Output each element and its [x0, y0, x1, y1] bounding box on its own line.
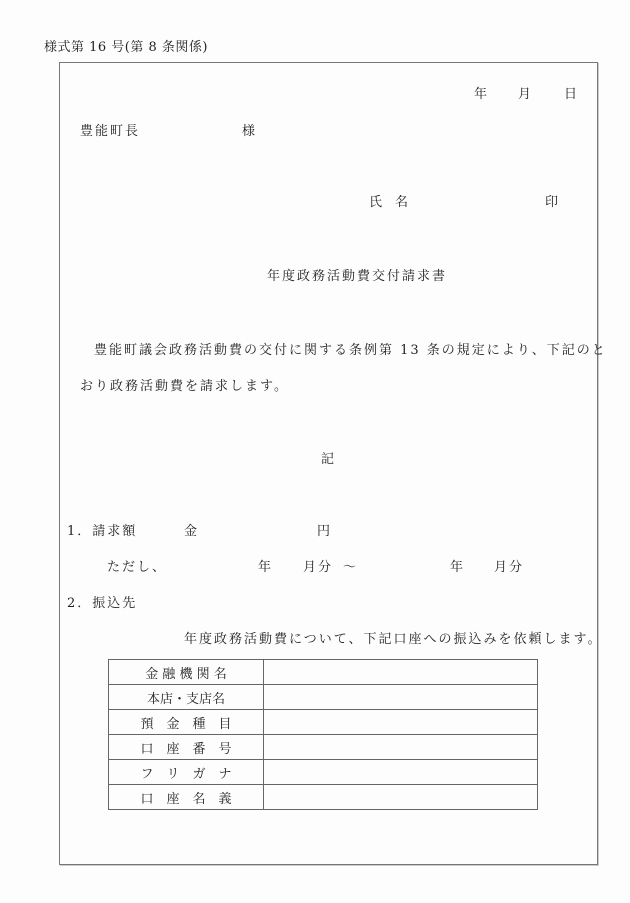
account-number-field[interactable] [264, 735, 538, 760]
bank-name-field[interactable] [264, 660, 538, 685]
item1-kin: 金 [184, 525, 197, 538]
date-year: 年 [474, 88, 487, 101]
body-line-1: 豊能町議会政務活動費の交付に関する条例第 13 条の規定により、下記のと [94, 344, 607, 357]
document-title: 年度政務活動費交付請求書 [267, 270, 447, 283]
item1-to-year: 年 [450, 561, 463, 574]
furigana-label: フ リ ガ ナ [109, 760, 264, 785]
deposit-type-field[interactable] [264, 710, 538, 735]
bank-account-table: 金 融 機 関 名 本店・支店名 預 金 種 目 口 座 番 号 フ リ ガ ナ… [108, 659, 538, 810]
item1-tilde: ～ [343, 561, 356, 574]
table-row: フ リ ガ ナ [109, 760, 538, 785]
form-id: 様式第 16 号(第 8 条関係) [44, 41, 208, 54]
body-line-2: おり政務活動費を請求します。 [80, 380, 289, 393]
account-holder-label: 口 座 名 義 [109, 785, 264, 810]
ki-heading: 記 [321, 453, 334, 466]
table-row: 金 融 機 関 名 [109, 660, 538, 685]
account-number-label: 口 座 番 号 [109, 735, 264, 760]
deposit-type-label: 預 金 種 目 [109, 710, 264, 735]
table-row: 本店・支店名 [109, 685, 538, 710]
account-holder-field[interactable] [264, 785, 538, 810]
table-row: 預 金 種 目 [109, 710, 538, 735]
furigana-field[interactable] [264, 760, 538, 785]
applicant-name-label: 氏 名 [369, 196, 408, 209]
item1-from-year: 年 [258, 561, 271, 574]
table-row: 口 座 名 義 [109, 785, 538, 810]
branch-name-field[interactable] [264, 685, 538, 710]
seal-label: 印 [545, 196, 558, 209]
table-row: 口 座 番 号 [109, 735, 538, 760]
item2-label: 2．振込先 [67, 597, 137, 610]
addressee-name: 豊能町長 [80, 125, 140, 138]
item1-to-month: 月分 [494, 561, 524, 574]
item1-label: 1．請求額 [67, 525, 137, 538]
date-day: 日 [564, 88, 577, 101]
addressee-honorific: 様 [242, 125, 255, 138]
bank-name-label: 金 融 機 関 名 [109, 660, 264, 685]
item2-note: 年度政務活動費について、下記口座への振込みを依頼します。 [184, 633, 602, 646]
date-month: 月 [518, 88, 531, 101]
item1-yen: 円 [317, 525, 330, 538]
branch-name-label: 本店・支店名 [109, 685, 264, 710]
item1-tadashi: ただし、 [107, 561, 167, 574]
item1-from-month: 月分 [303, 561, 333, 574]
